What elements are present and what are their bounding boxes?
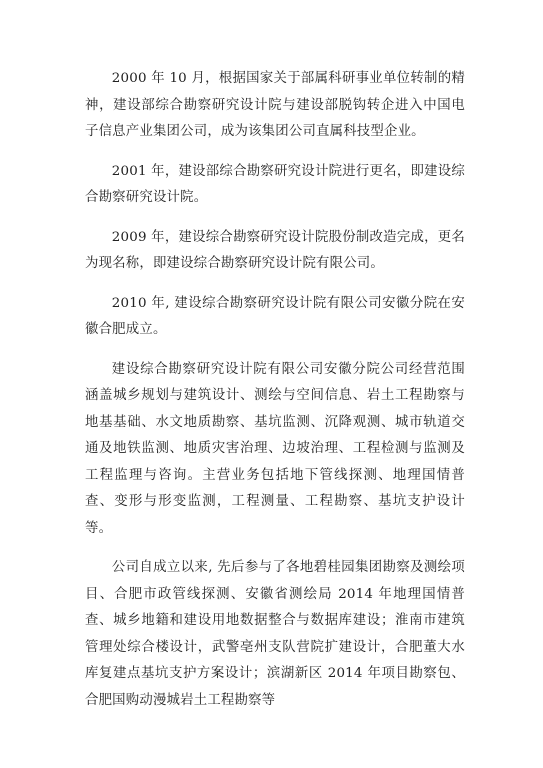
- paragraph-2000-restructuring: 2000 年 10 月，根据国家关于部属科研事业单位转制的精神，建设部综合勘察研…: [85, 66, 465, 146]
- paragraph-2009-shareholding: 2009 年，建设综合勘察研究设计院股份制改造完成，更名为现名称，即建设综合勘察…: [85, 225, 465, 278]
- document-page: 2000 年 10 月，根据国家关于部属科研事业单位转制的精神，建设部综合勘察研…: [0, 0, 543, 768]
- document-body: 2000 年 10 月，根据国家关于部属科研事业单位转制的精神，建设部综合勘察研…: [85, 66, 465, 727]
- paragraph-2001-rename: 2001 年，建设部综合勘察研究设计院进行更名，即建设综合勘察研究设计院。: [85, 159, 465, 212]
- paragraph-2010-anhui-branch: 2010 年, 建设综合勘察研究设计院有限公司安徽分院在安徽合肥成立。: [85, 291, 465, 344]
- paragraph-projects: 公司自成立以来, 先后参与了各地碧桂园集团勘察及测绘项目、合肥市政管线探测、安徽…: [85, 555, 465, 714]
- paragraph-business-scope: 建设综合勘察研究设计院有限公司安徽分院公司经营范围涵盖城乡规划与建筑设计、测绘与…: [85, 357, 465, 543]
